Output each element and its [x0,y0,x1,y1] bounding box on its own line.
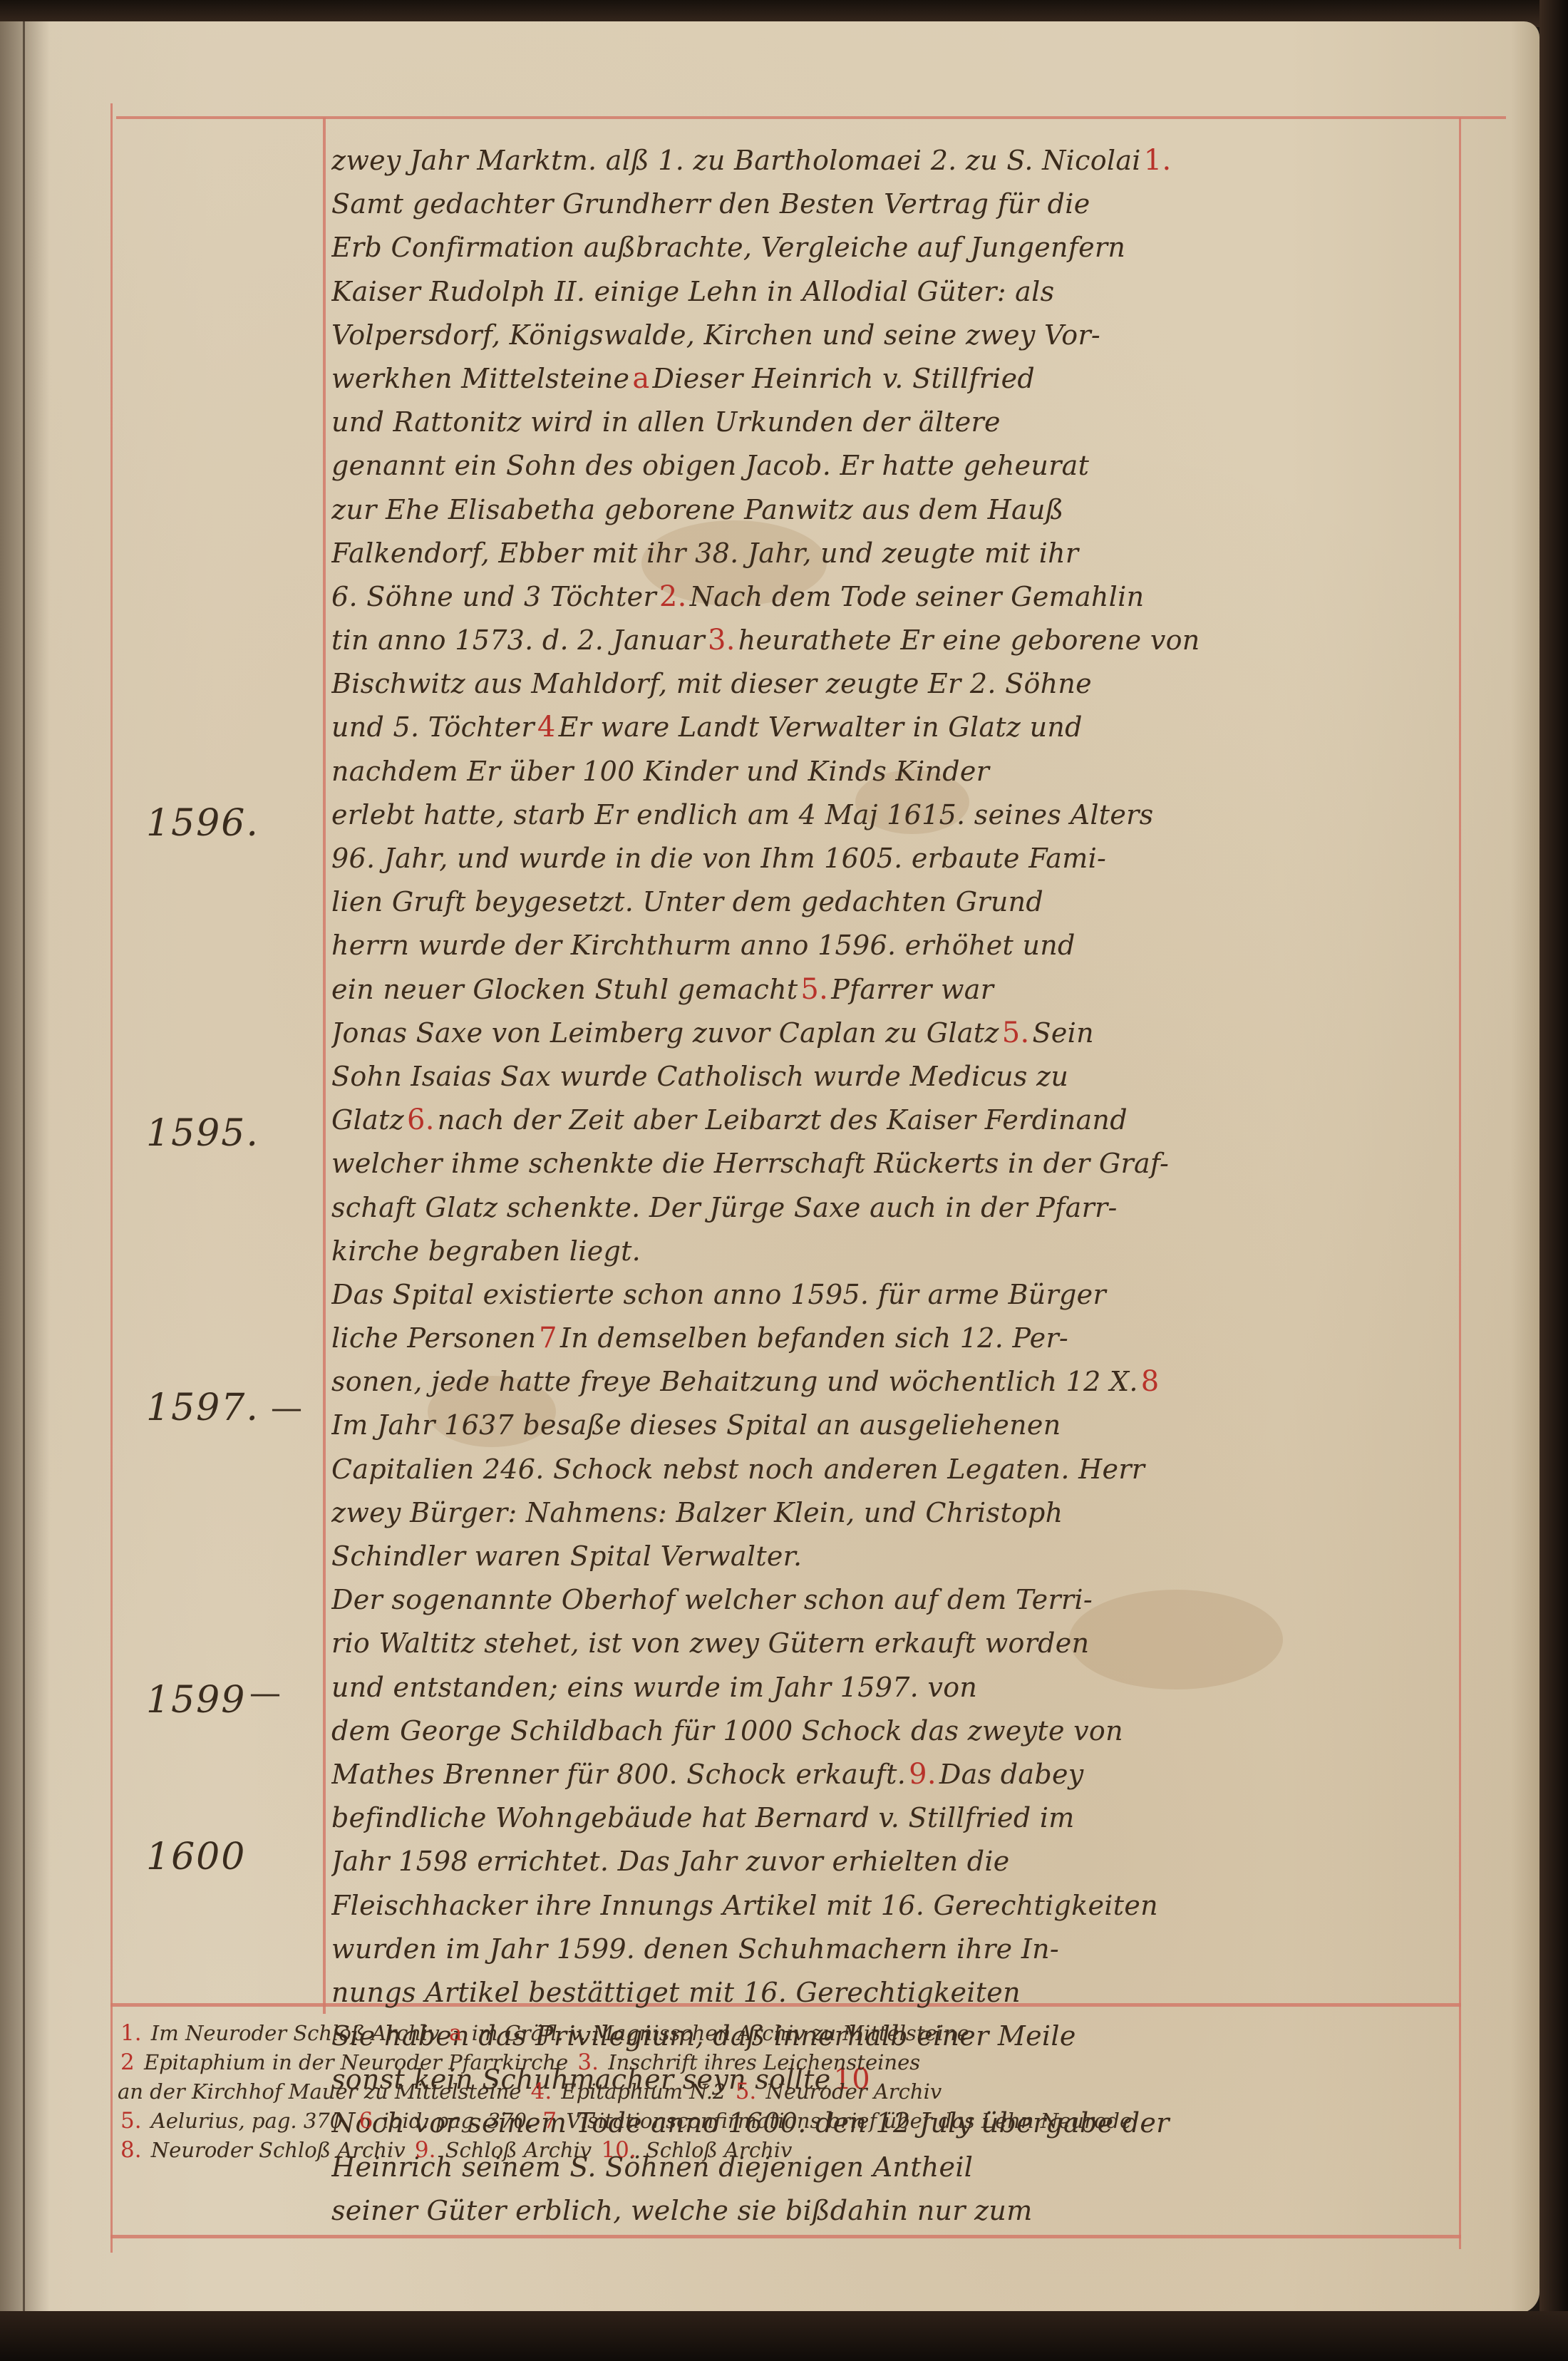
line-text: Erb Confirmation außbrachte, Vergleiche … [331,232,1125,263]
footnote-marker: 9. [909,1758,937,1791]
book-gutter-fold [23,21,25,2313]
manuscript-line: erlebt hatte, starb Er endlich am 4 Maj … [331,793,1458,837]
line-text: Jahr 1598 errichtet. Das Jahr zuvor erhi… [331,1846,1010,1877]
line-text: 6. Söhne und 3 Töchter [331,581,656,612]
line-text: Der sogenannte Oberhof welcher schon auf… [331,1584,1093,1615]
line-text: welcher ihme schenkte die Herrschaft Rüc… [331,1148,1169,1179]
ruled-line-bottom [110,2235,1461,2238]
manuscript-line: Jahr 1598 errichtet. Das Jahr zuvor erhi… [331,1840,1458,1883]
line-text-continued: Pfarrer war [831,974,994,1005]
line-text: Volpersdorf, Königswalde, Kirchen und se… [331,319,1100,351]
footnote-source-text: an der Kirchhof Mauer zu Mittelsteine [118,2079,521,2104]
line-text-continued: Er ware Landt Verwalter in Glatz und [559,711,1083,743]
line-text: und entstanden; eins wurde im Jahr 1597.… [331,1672,977,1703]
line-text: Jonas Saxe von Leimberg zuvor Caplan zu … [331,1017,999,1049]
line-text: werkhen Mittelsteine [331,363,629,394]
manuscript-line: Das Spital existierte schon anno 1595. f… [331,1273,1458,1317]
manuscript-line: Bischwitz aus Mahldorf, mit dieser zeugt… [331,662,1458,706]
line-text: dem George Schildbach für 1000 Schock da… [331,1715,1123,1747]
line-text: sonen, jede hatte freye Behaitzung und w… [331,1366,1138,1397]
manuscript-line: seiner Güter erblich, welche sie bißdahi… [331,2189,1458,2233]
margin-year: 1599 [146,1679,246,1722]
footnote-source-text: Epitaphium in der Neuroder Pfarrkirche [144,2050,568,2074]
manuscript-line: Im Jahr 1637 besaße dieses Spital an aus… [331,1404,1458,1447]
footnote-source-text: Im Neuroder Schloß Archiv [151,2021,440,2045]
line-text: tin anno 1573. d. 2. Januar [331,624,705,656]
footnote-number: a [449,2020,462,2046]
footnote-number: 5. [736,2079,757,2104]
book-cover-bottom-edge [0,2311,1568,2361]
footnote-marker: 5. [800,973,828,1006]
margin-year: 1597. [146,1387,259,1429]
line-text: genannt ein Sohn des obigen Jacob. Er ha… [331,450,1089,481]
line-text-continued: heurathete Er eine geborene von [738,624,1200,656]
footnote-source-text: Neuroder Schloß Archiv [151,2138,406,2162]
footnote-number: 2 [120,2049,135,2075]
line-text: Kaiser Rudolph II. einige Lehn in Allodi… [331,276,1054,307]
margin-year: 1596. [146,802,259,845]
line-text: rio Waltitz stehet, ist von zwey Gütern … [331,1627,1089,1659]
manuscript-line: Kaiser Rudolph II. einige Lehn in Allodi… [331,270,1458,314]
line-text: und 5. Töchter [331,711,535,743]
manuscript-line: zur Ehe Elisabetha geborene Panwitz aus … [331,488,1458,532]
footnote-line: 1. Im Neuroder Schloß Archiv a im Gräfl.… [118,2019,1450,2048]
manuscript-line: und entstanden; eins wurde im Jahr 1597.… [331,1666,1458,1709]
manuscript-line: liche Personen7In demselben befanden sic… [331,1317,1458,1360]
ruled-line-right [1459,118,1461,2249]
manuscript-line: schaft Glatz schenkte. Der Jürge Saxe au… [331,1186,1458,1230]
line-text: herrn wurde der Kirchthurm anno 1596. er… [331,930,1076,961]
line-text: Im Jahr 1637 besaße dieses Spital an aus… [331,1409,1061,1441]
footnote-number: 6 [359,2108,373,2134]
footnote-marker: 2. [659,580,687,613]
manuscript-line: befindliche Wohngebäude hat Bernard v. S… [331,1796,1458,1840]
footnote-marker: 8 [1141,1365,1160,1398]
footnote-source-text: Visitationsconfirmations brief über das … [566,2109,1132,2133]
line-text: Mathes Brenner für 800. Schock erkauft. [331,1759,906,1790]
footnote-marker: a [632,362,649,395]
ruled-line-text-column [323,118,326,2014]
manuscript-line: lien Gruft beygesetzt. Unter dem gedacht… [331,880,1458,924]
manuscript-line: und Rattonitz wird in allen Urkunden der… [331,401,1458,444]
manuscript-line: Samt gedachter Grundherr den Besten Vert… [331,182,1458,226]
line-text-continued: Das dabey [939,1759,1084,1790]
chronicle-text-column: zwey Jahr Marktm. alß 1. zu Bartholomaei… [331,139,1458,2233]
manuscript-line: kirche begraben liegt. [331,1230,1458,1273]
manuscript-line: welcher ihme schenkte die Herrschaft Rüc… [331,1142,1458,1185]
footnote-source-text: Schloß Archiv [646,2138,793,2162]
manuscript-line: Jonas Saxe von Leimberg zuvor Caplan zu … [331,1012,1458,1055]
manuscript-line: Volpersdorf, Königswalde, Kirchen und se… [331,314,1458,357]
line-text: befindliche Wohngebäude hat Bernard v. S… [331,1802,1075,1833]
manuscript-line: Fleischhacker ihre Innungs Artikel mit 1… [331,1884,1458,1928]
line-text: Falkendorf, Ebber mit ihr 38. Jahr, und … [331,537,1078,569]
manuscript-line: rio Waltitz stehet, ist von zwey Gütern … [331,1622,1458,1665]
line-text: seiner Güter erblich, welche sie bißdahi… [331,2195,1033,2226]
footnote-number: 3. [577,2049,599,2075]
footnote-number: 8. [120,2137,142,2163]
manuscript-line: dem George Schildbach für 1000 Schock da… [331,1709,1458,1753]
footnote-marker: 6. [407,1104,435,1136]
book-gutter-shadow [0,21,50,2313]
line-text: nachdem Er über 100 Kinder und Kinds Kin… [331,756,989,787]
line-text: nungs Artikel bestättiget mit 16. Gerech… [331,1977,1021,2008]
manuscript-line: Mathes Brenner für 800. Schock erkauft.9… [331,1753,1458,1796]
line-text: zur Ehe Elisabetha geborene Panwitz aus … [331,494,1063,525]
line-text: Samt gedachter Grundherr den Besten Vert… [331,188,1090,220]
manuscript-line: 6. Söhne und 3 Töchter2.Nach dem Tode se… [331,575,1458,619]
footnote-number: 1. [120,2020,142,2046]
footnote-source-text: Schloß Archiv [445,2138,592,2162]
footnote-source-text: im Gräfl. v. Magnisschen Archiv zu Mitte… [472,2021,969,2045]
manuscript-line: Sohn Isaias Sax wurde Catholisch wurde M… [331,1055,1458,1099]
manuscript-line: Capitalien 246. Schock nebst noch andere… [331,1448,1458,1491]
line-text: wurden im Jahr 1599. denen Schuhmachern … [331,1933,1059,1965]
footnote-source-text: Aelurius, pag. 370. [151,2109,350,2133]
line-text: Glatz [331,1104,404,1136]
footnote-line: 2 Epitaphium in der Neuroder Pfarrkirche… [118,2048,1450,2077]
manuscript-line: tin anno 1573. d. 2. Januar3.heurathete … [331,619,1458,662]
line-text: ein neuer Glocken Stuhl gemacht [331,974,798,1005]
line-text-continued: Nach dem Tode seiner Gemahlin [690,581,1145,612]
footnote-line: 5. Aelurius, pag. 370. 6 ibid. pag. 370.… [118,2107,1450,2136]
footnote-marker: 4 [537,711,556,744]
line-text: und Rattonitz wird in allen Urkunden der… [331,406,1001,438]
footnote-number: 5. [120,2108,142,2134]
line-text-continued: nach der Zeit aber Leibarzt des Kaiser F… [438,1104,1128,1136]
manuscript-line: ein neuer Glocken Stuhl gemacht5.Pfarrer… [331,968,1458,1012]
footnote-marker: 5. [1002,1017,1030,1049]
footnote-marker: 7 [539,1322,557,1354]
footnote-marker: 1. [1144,144,1172,177]
manuscript-line: wurden im Jahr 1599. denen Schuhmachern … [331,1928,1458,1971]
manuscript-line: 96. Jahr, und wurde in die von Ihm 1605.… [331,837,1458,880]
line-text-continued: Dieser Heinrich v. Stillfried [653,363,1036,394]
line-text-continued: In demselben befanden sich 12. Per- [560,1322,1068,1354]
manuscript-line: und 5. Töchter4Er ware Landt Verwalter i… [331,706,1458,749]
manuscript-line: sonen, jede hatte freye Behaitzung und w… [331,1360,1458,1404]
manuscript-line: Schindler waren Spital Verwalter. [331,1535,1458,1578]
line-text: zwey Bürger: Nahmens: Balzer Klein, und … [331,1497,1063,1528]
line-text: Bischwitz aus Mahldorf, mit dieser zeugt… [331,668,1092,699]
footnote-source-text: Neuroder Archiv [766,2079,942,2104]
manuscript-line: nachdem Er über 100 Kinder und Kinds Kin… [331,750,1458,793]
line-text: schaft Glatz schenkte. Der Jürge Saxe au… [331,1192,1118,1223]
margin-dash: — [249,1675,281,1712]
manuscript-line: nungs Artikel bestättiget mit 16. Gerech… [331,1971,1458,2015]
manuscript-line: werkhen MittelsteineaDieser Heinrich v. … [331,357,1458,401]
book-cover-right-edge [1539,0,1568,2361]
manuscript-line: Glatz6.nach der Zeit aber Leibarzt des K… [331,1099,1458,1142]
line-text: kirche begraben liegt. [331,1235,641,1267]
footnote-number: 4. [531,2079,552,2104]
line-text: Schindler waren Spital Verwalter. [331,1540,802,1572]
footnote-source-text: Inschrift ihres Leichensteines [608,2050,920,2074]
footnote-number: 7 [542,2108,557,2134]
footnote-number: 9. [415,2137,436,2163]
footnote-line: 8. Neuroder Schloß Archiv 9. Schloß Arch… [118,2136,1450,2165]
manuscript-line: zwey Bürger: Nahmens: Balzer Klein, und … [331,1491,1458,1535]
margin-year: 1595. [146,1112,259,1155]
line-text: liche Personen [331,1322,536,1354]
line-text: zwey Jahr Marktm. alß 1. zu Bartholomaei… [331,145,1141,176]
footnote-line: an der Kirchhof Mauer zu Mittelsteine 4.… [118,2077,1450,2107]
footnote-marker: 3. [708,624,736,657]
line-text: Sohn Isaias Sax wurde Catholisch wurde M… [331,1061,1068,1092]
ruled-line-left-margin [110,103,113,2253]
manuscript-line: Falkendorf, Ebber mit ihr 38. Jahr, und … [331,532,1458,575]
line-text: Fleischhacker ihre Innungs Artikel mit 1… [331,1890,1158,1921]
footnotes-block: 1. Im Neuroder Schloß Archiv a im Gräfl.… [118,2019,1450,2165]
line-text: erlebt hatte, starb Er endlich am 4 Maj … [331,799,1153,830]
footnote-number: 10. [601,2137,636,2163]
margin-year: 1600 [146,1836,246,1878]
line-text: 96. Jahr, und wurde in die von Ihm 1605.… [331,843,1106,874]
manuscript-line: Der sogenannte Oberhof welcher schon auf… [331,1578,1458,1622]
line-text: Das Spital existierte schon anno 1595. f… [331,1279,1106,1310]
margin-dash: — [271,1390,302,1426]
manuscript-line: herrn wurde der Kirchthurm anno 1596. er… [331,924,1458,967]
line-text: lien Gruft beygesetzt. Unter dem gedacht… [331,886,1043,917]
line-text-continued: Sein [1033,1017,1094,1049]
manuscript-line: Erb Confirmation außbrachte, Vergleiche … [331,226,1458,269]
footnote-source-text: ibid. pag. 370. [383,2109,534,2133]
line-text: Capitalien 246. Schock nebst noch andere… [331,1454,1145,1485]
manuscript-line: zwey Jahr Marktm. alß 1. zu Bartholomaei… [331,139,1458,182]
footnote-source-text: Epitaphium N.2 [561,2079,726,2104]
manuscript-line: genannt ein Sohn des obigen Jacob. Er ha… [331,444,1458,488]
